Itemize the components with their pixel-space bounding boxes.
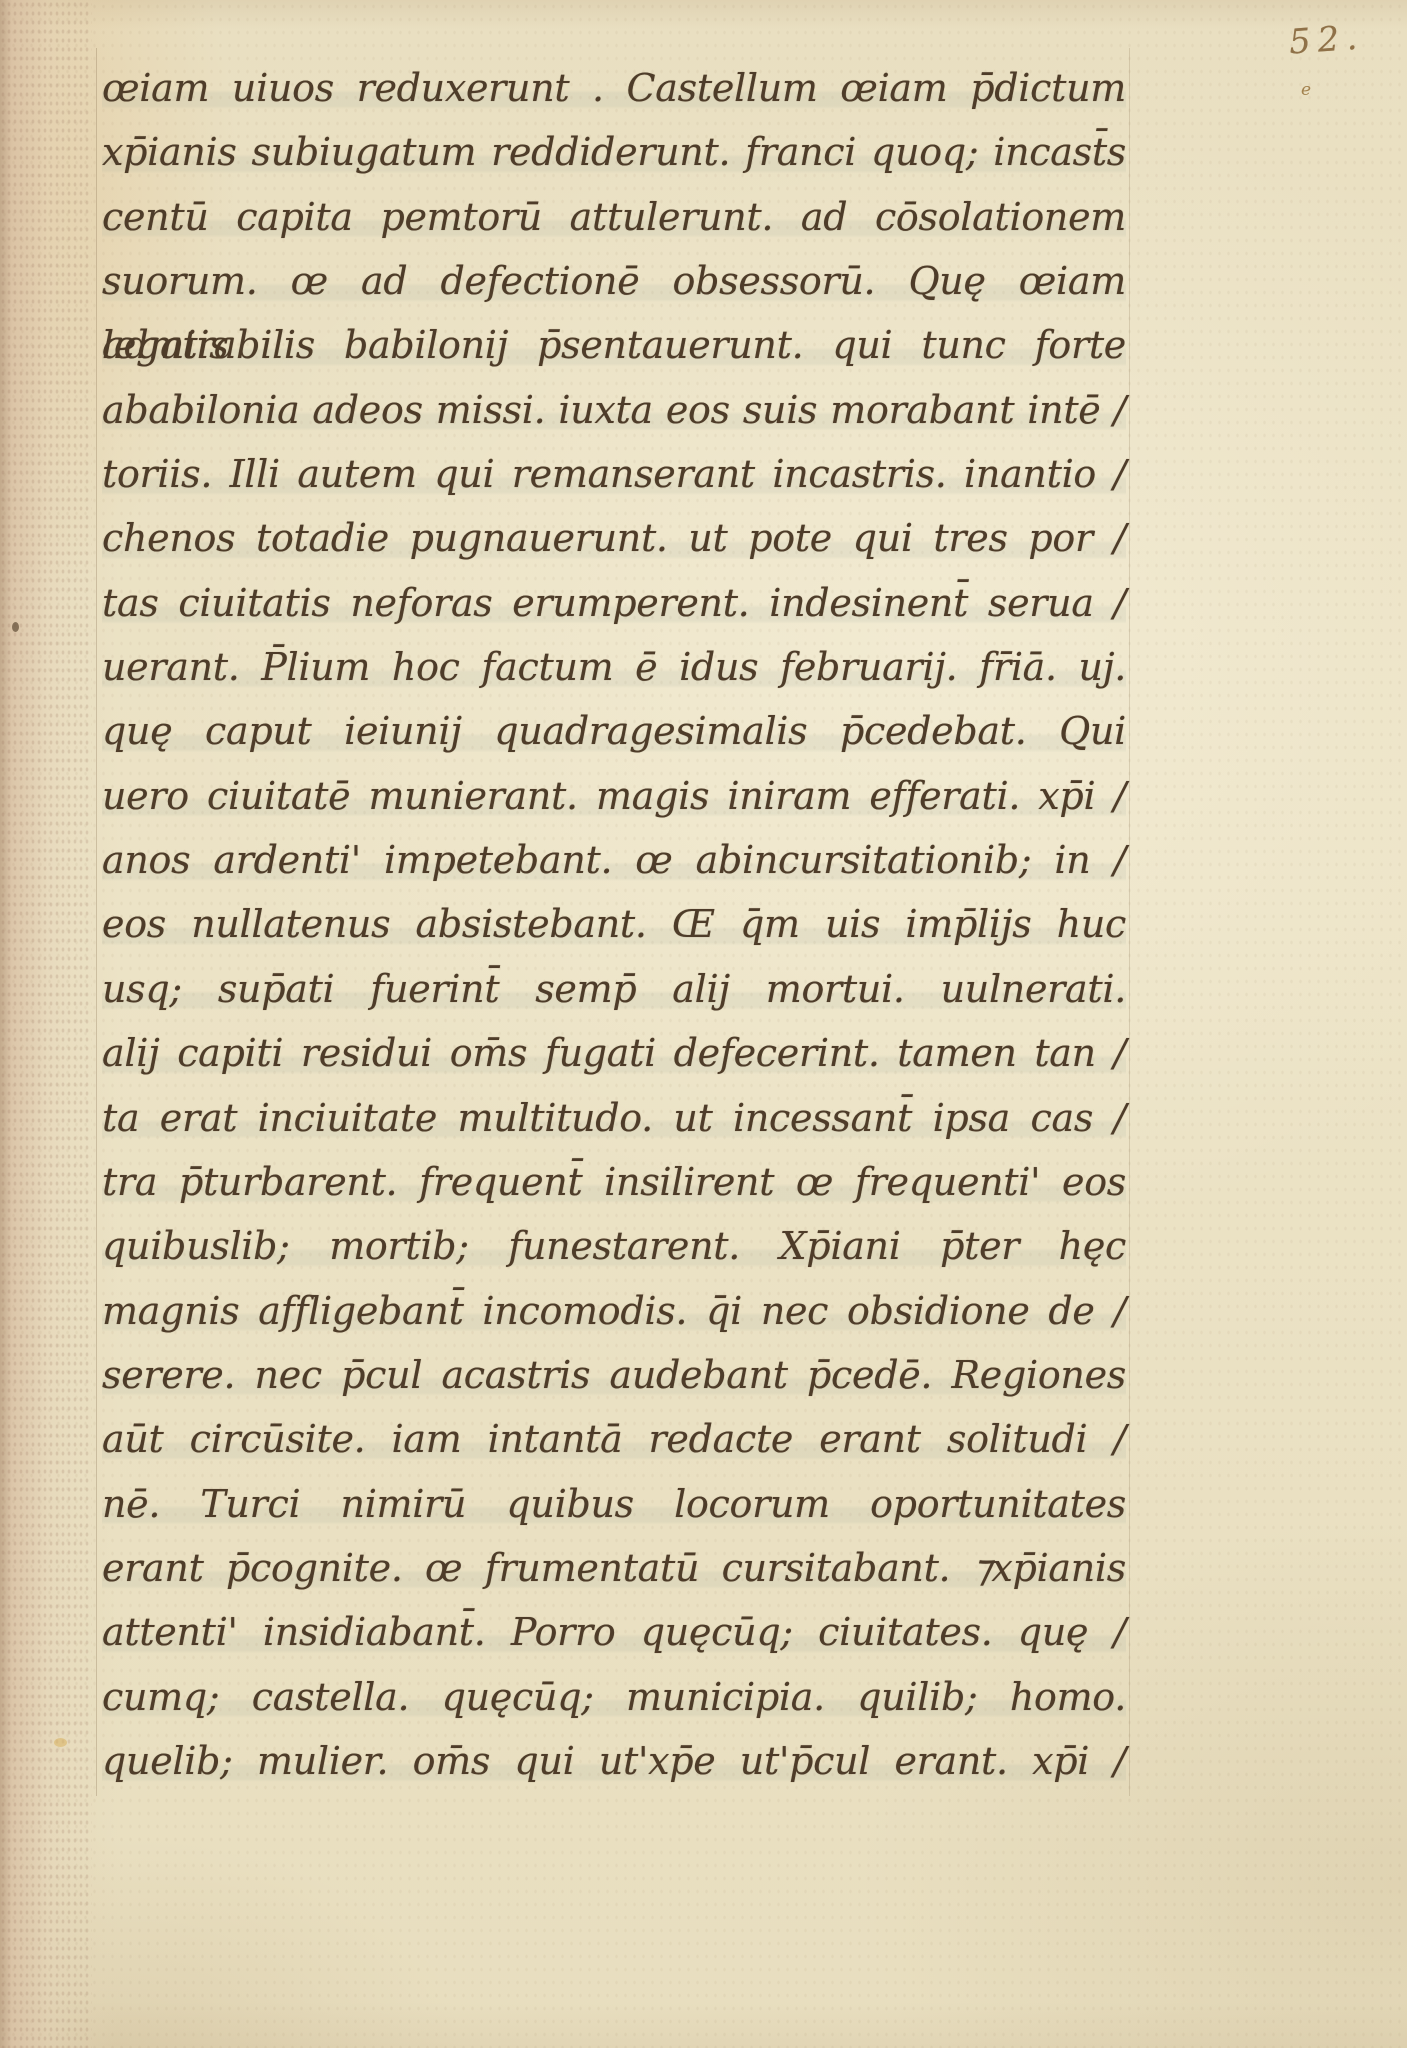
manuscript-line: quibuslib; mortib; funestarent. Xp̄iani … [102, 1214, 1126, 1278]
folio-number: 52. [1288, 17, 1366, 62]
manuscript-line: serere. nec p̄cul acastris audebant p̄ce… [102, 1343, 1126, 1407]
manuscript-line: tas ciuitatis neforas erumperent. indesi… [102, 571, 1126, 635]
manuscript-line: usq; sup̄ati fuerint̄ semp̄ alij mortui.… [102, 957, 1126, 1021]
manuscript-line: tra p̄turbarent. frequent̄ insilirent œ … [102, 1150, 1126, 1214]
gutter-texture [0, 0, 92, 2048]
text-block: œiam uiuos reduxerunt . Castellum œiam p… [102, 56, 1126, 1793]
manuscript-line: erant p̄cognite. œ frumentatū cursitaban… [102, 1536, 1126, 1600]
manuscript-line: anos ardenti' impetebant. œ abincursitat… [102, 828, 1126, 892]
manuscript-line: ababilonia adeos missi. iuxta eos suis m… [102, 378, 1126, 442]
manuscript-line: toriis. Illi autem qui remanserant incas… [102, 442, 1126, 506]
manuscript-line: xp̄ianis subiugatum reddiderunt. franci … [102, 120, 1126, 184]
manuscript-line: ta erat inciuitate multitudo. ut incessa… [102, 1086, 1126, 1150]
manuscript-line: admirabilis babilonij p̄sentauerunt. qui… [102, 313, 1126, 377]
manuscript-line: magnis affligebant̄ incomodis. q̄i nec o… [102, 1279, 1126, 1343]
left-ruling-line [96, 48, 97, 1796]
ink-speck [12, 622, 19, 632]
manuscript-line: attenti' insidiabant̄. Porro quęcūq; ciu… [102, 1600, 1126, 1664]
manuscript-line: suorum. œ ad defectionē obsessorū. Quę œ… [102, 249, 1126, 313]
manuscript-line: eos nullatenus absistebant. Œ q̄m uis im… [102, 892, 1126, 956]
manuscript-line: uero ciuitatē munierant. magis iniram ef… [102, 764, 1126, 828]
parchment-stain [54, 1738, 67, 1747]
manuscript-line: chenos totadie pugnauerunt. ut pote qui … [102, 506, 1126, 570]
manuscript-line: œiam uiuos reduxerunt . Castellum œiam p… [102, 56, 1126, 120]
manuscript-line: uerant. P̄lium hoc factum ē idus februar… [102, 635, 1126, 699]
manuscript-line: alij capiti residui om̄s fugati defeceri… [102, 1021, 1126, 1085]
manuscript-line: nē. Turci nimirū quibus locorum oportuni… [102, 1472, 1126, 1536]
margin-pen-mark: e [1301, 80, 1311, 100]
manuscript-line: cumq; castella. quęcūq; municipia. quili… [102, 1665, 1126, 1729]
manuscript-line: quę caput ieiunij quadragesimalis p̄cede… [102, 699, 1126, 763]
manuscript-line: quelib; mulier. om̄s qui ut'xp̄e ut'p̄cu… [102, 1729, 1126, 1793]
right-ruling-line [1129, 48, 1130, 1796]
manuscript-page: 52. e œiam uiuos reduxerunt . Castellum … [0, 0, 1407, 2048]
manuscript-line: centū capita pemtorū attulerunt. ad cōso… [102, 185, 1126, 249]
manuscript-line: aūt circūsite. iam intantā redacte erant… [102, 1407, 1126, 1471]
